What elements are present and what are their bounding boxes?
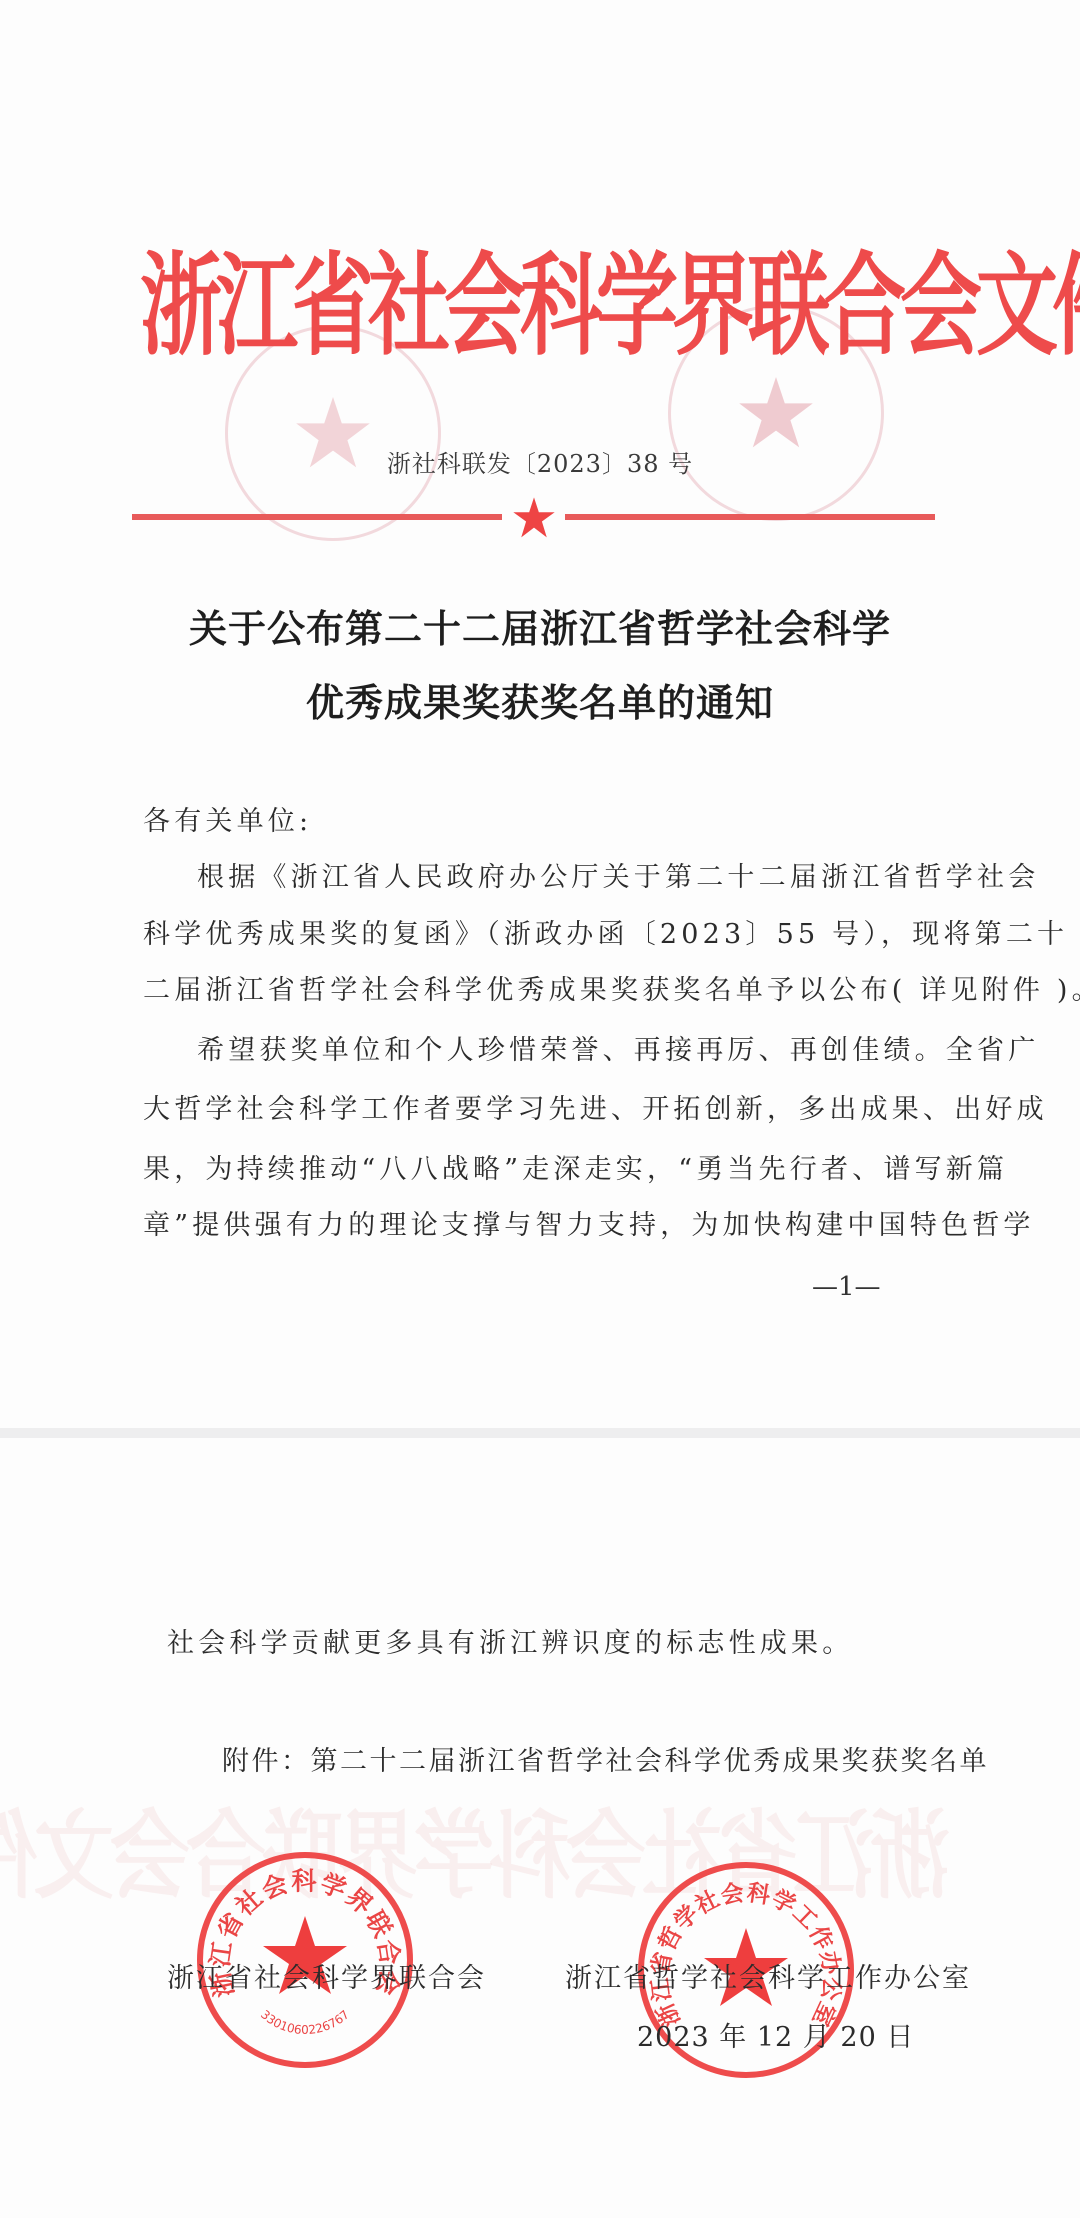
body-line: 章”提供强有力的理论支撑与智力支持，为加快构建中国特色哲学 (143, 1206, 1035, 1246)
red-rule-right (565, 514, 935, 520)
document-page-1: 浙江省社会科学界联合会文件 浙社科联发〔2023〕38 号 关于公布第二十二届浙… (0, 0, 1080, 1428)
star-divider-icon (512, 496, 556, 540)
issue-date: 2023 年 12 月 20 日 (637, 2015, 914, 2054)
salutation: 各有关单位: (143, 802, 312, 842)
body-line: 希望获奖单位和个人珍惜荣誉、再接再厉、再创佳绩。全省广 (197, 1031, 1039, 1071)
seal-code: 3301060226767 (258, 2007, 352, 2037)
document-title-line-1: 关于公布第二十二届浙江省哲学社会科学 (0, 598, 1080, 653)
body-line: 果，为持续推动“八八战略”走深走实，“勇当先行者、谱写新篇 (143, 1150, 1008, 1190)
document-title-line-2: 优秀成果奖获奖名单的通知 (0, 672, 1080, 727)
continuation-line: 社会科学贡献更多具有浙江辨识度的标志性成果。 (167, 1624, 853, 1664)
page-number: —1— (812, 1272, 881, 1302)
signatory-right: 浙江省哲学社会科学工作办公室 (565, 1956, 971, 1995)
document-number: 浙社科联发〔2023〕38 号 (0, 444, 1080, 479)
page-separator (0, 1428, 1080, 1438)
attachment-line: 附件：第二十二届浙江省哲学社会科学优秀成果奖获奖名单 (222, 1742, 989, 1782)
red-rule-left (132, 514, 502, 520)
body-line: 二届浙江省哲学社会科学优秀成果奖获奖名单予以公布( 详见附件 )。 (143, 971, 1080, 1011)
document-page-2: 浙江省社会科学界联合会文件 社会科学贡献更多具有浙江辨识度的标志性成果。 附件：… (0, 1438, 1080, 2218)
body-line: 大哲学社会科学工作者要学习先进、开拓创新，多出成果、出好成 (143, 1090, 1048, 1130)
svg-text:3301060226767: 3301060226767 (258, 2007, 352, 2037)
signatory-left: 浙江省社会科学界联合会 (167, 1956, 486, 1995)
body-line: 科学优秀成果奖的复函》（浙政办函〔2023〕55 号），现将第二十 (143, 915, 1068, 955)
star-icon (736, 373, 816, 453)
body-line: 根据《浙江省人民政府办公厅关于第二十二届浙江省哲学社会 (197, 858, 1039, 898)
document-masthead: 浙江省社会科学界联合会文件 (140, 232, 940, 381)
